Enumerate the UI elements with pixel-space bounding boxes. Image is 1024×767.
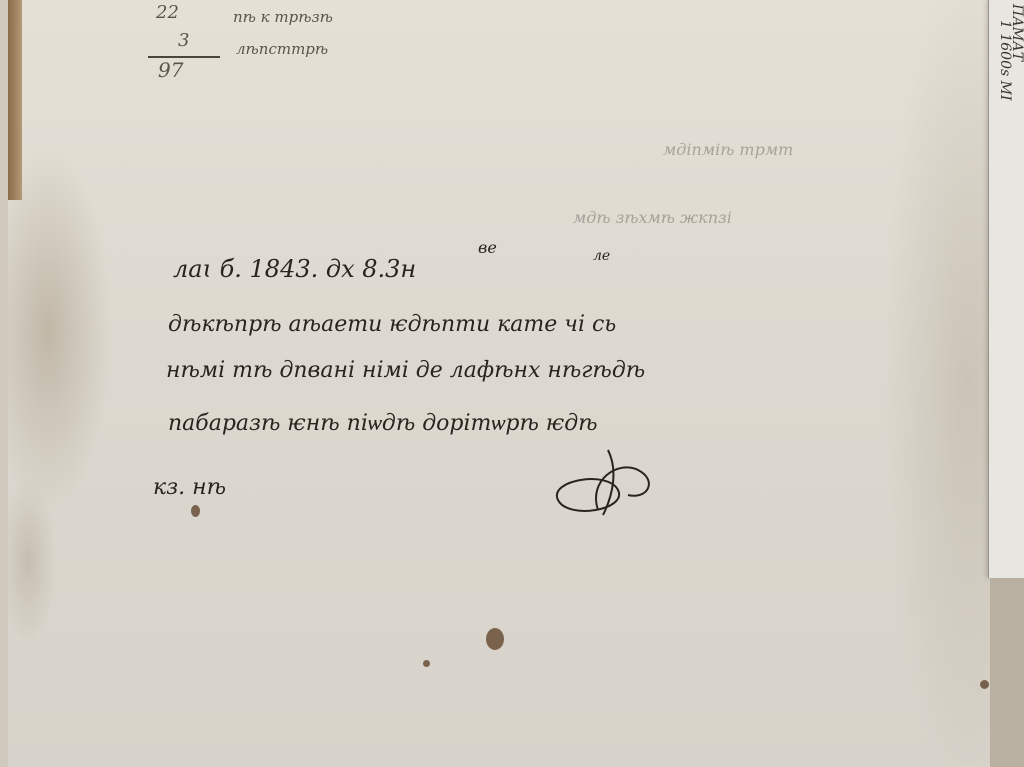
text-line-3: пабаразѣ ѥнѣ піѡдѣ дорітѡрѣ ѥдѣ <box>168 410 598 436</box>
calc-label-2: лѣпсттрѣ <box>236 40 328 58</box>
manuscript-page: 22 3 97 пѣ к трѣзѣ лѣпсттрѣ мдіпміѣ трмт… <box>8 0 998 767</box>
text-line-2: нѣмі тѣ дпвані німі де лафѣнх нѣгѣдѣ <box>166 358 645 383</box>
calc-number-1: 22 <box>156 2 179 23</box>
ink-stain-1 <box>486 628 504 650</box>
date-superscript-1: ве <box>478 238 497 257</box>
attached-sheet: 1 1600s MI ПАМАТ <box>988 0 1024 578</box>
text-line-1: дѣкѣпрѣ аѣаети ѥдѣпти кате чі сь <box>168 312 616 337</box>
text-line-4: кз. нѣ <box>153 475 226 500</box>
ink-stain-2 <box>423 660 430 667</box>
calc-total: 97 <box>158 58 183 82</box>
date-superscript-2: ле <box>593 248 610 264</box>
binding-edge <box>8 0 22 200</box>
faded-line-2: мдѣ зѣхмѣ жкпзі <box>573 208 732 227</box>
calc-number-2: 3 <box>178 30 189 51</box>
calc-label-1: пѣ к трѣзѣ <box>233 8 333 26</box>
date-line: лаꙇ б. 1843. дх 8.3н <box>173 255 416 283</box>
side-note-2: ПАМАТ <box>1009 4 1024 61</box>
faded-line-1: мдіпміѣ трмт <box>663 140 793 159</box>
desk-surface <box>990 578 1024 767</box>
signature-flourish <box>548 440 668 520</box>
ink-stain-4 <box>980 680 989 689</box>
ink-stain-3 <box>191 505 200 517</box>
